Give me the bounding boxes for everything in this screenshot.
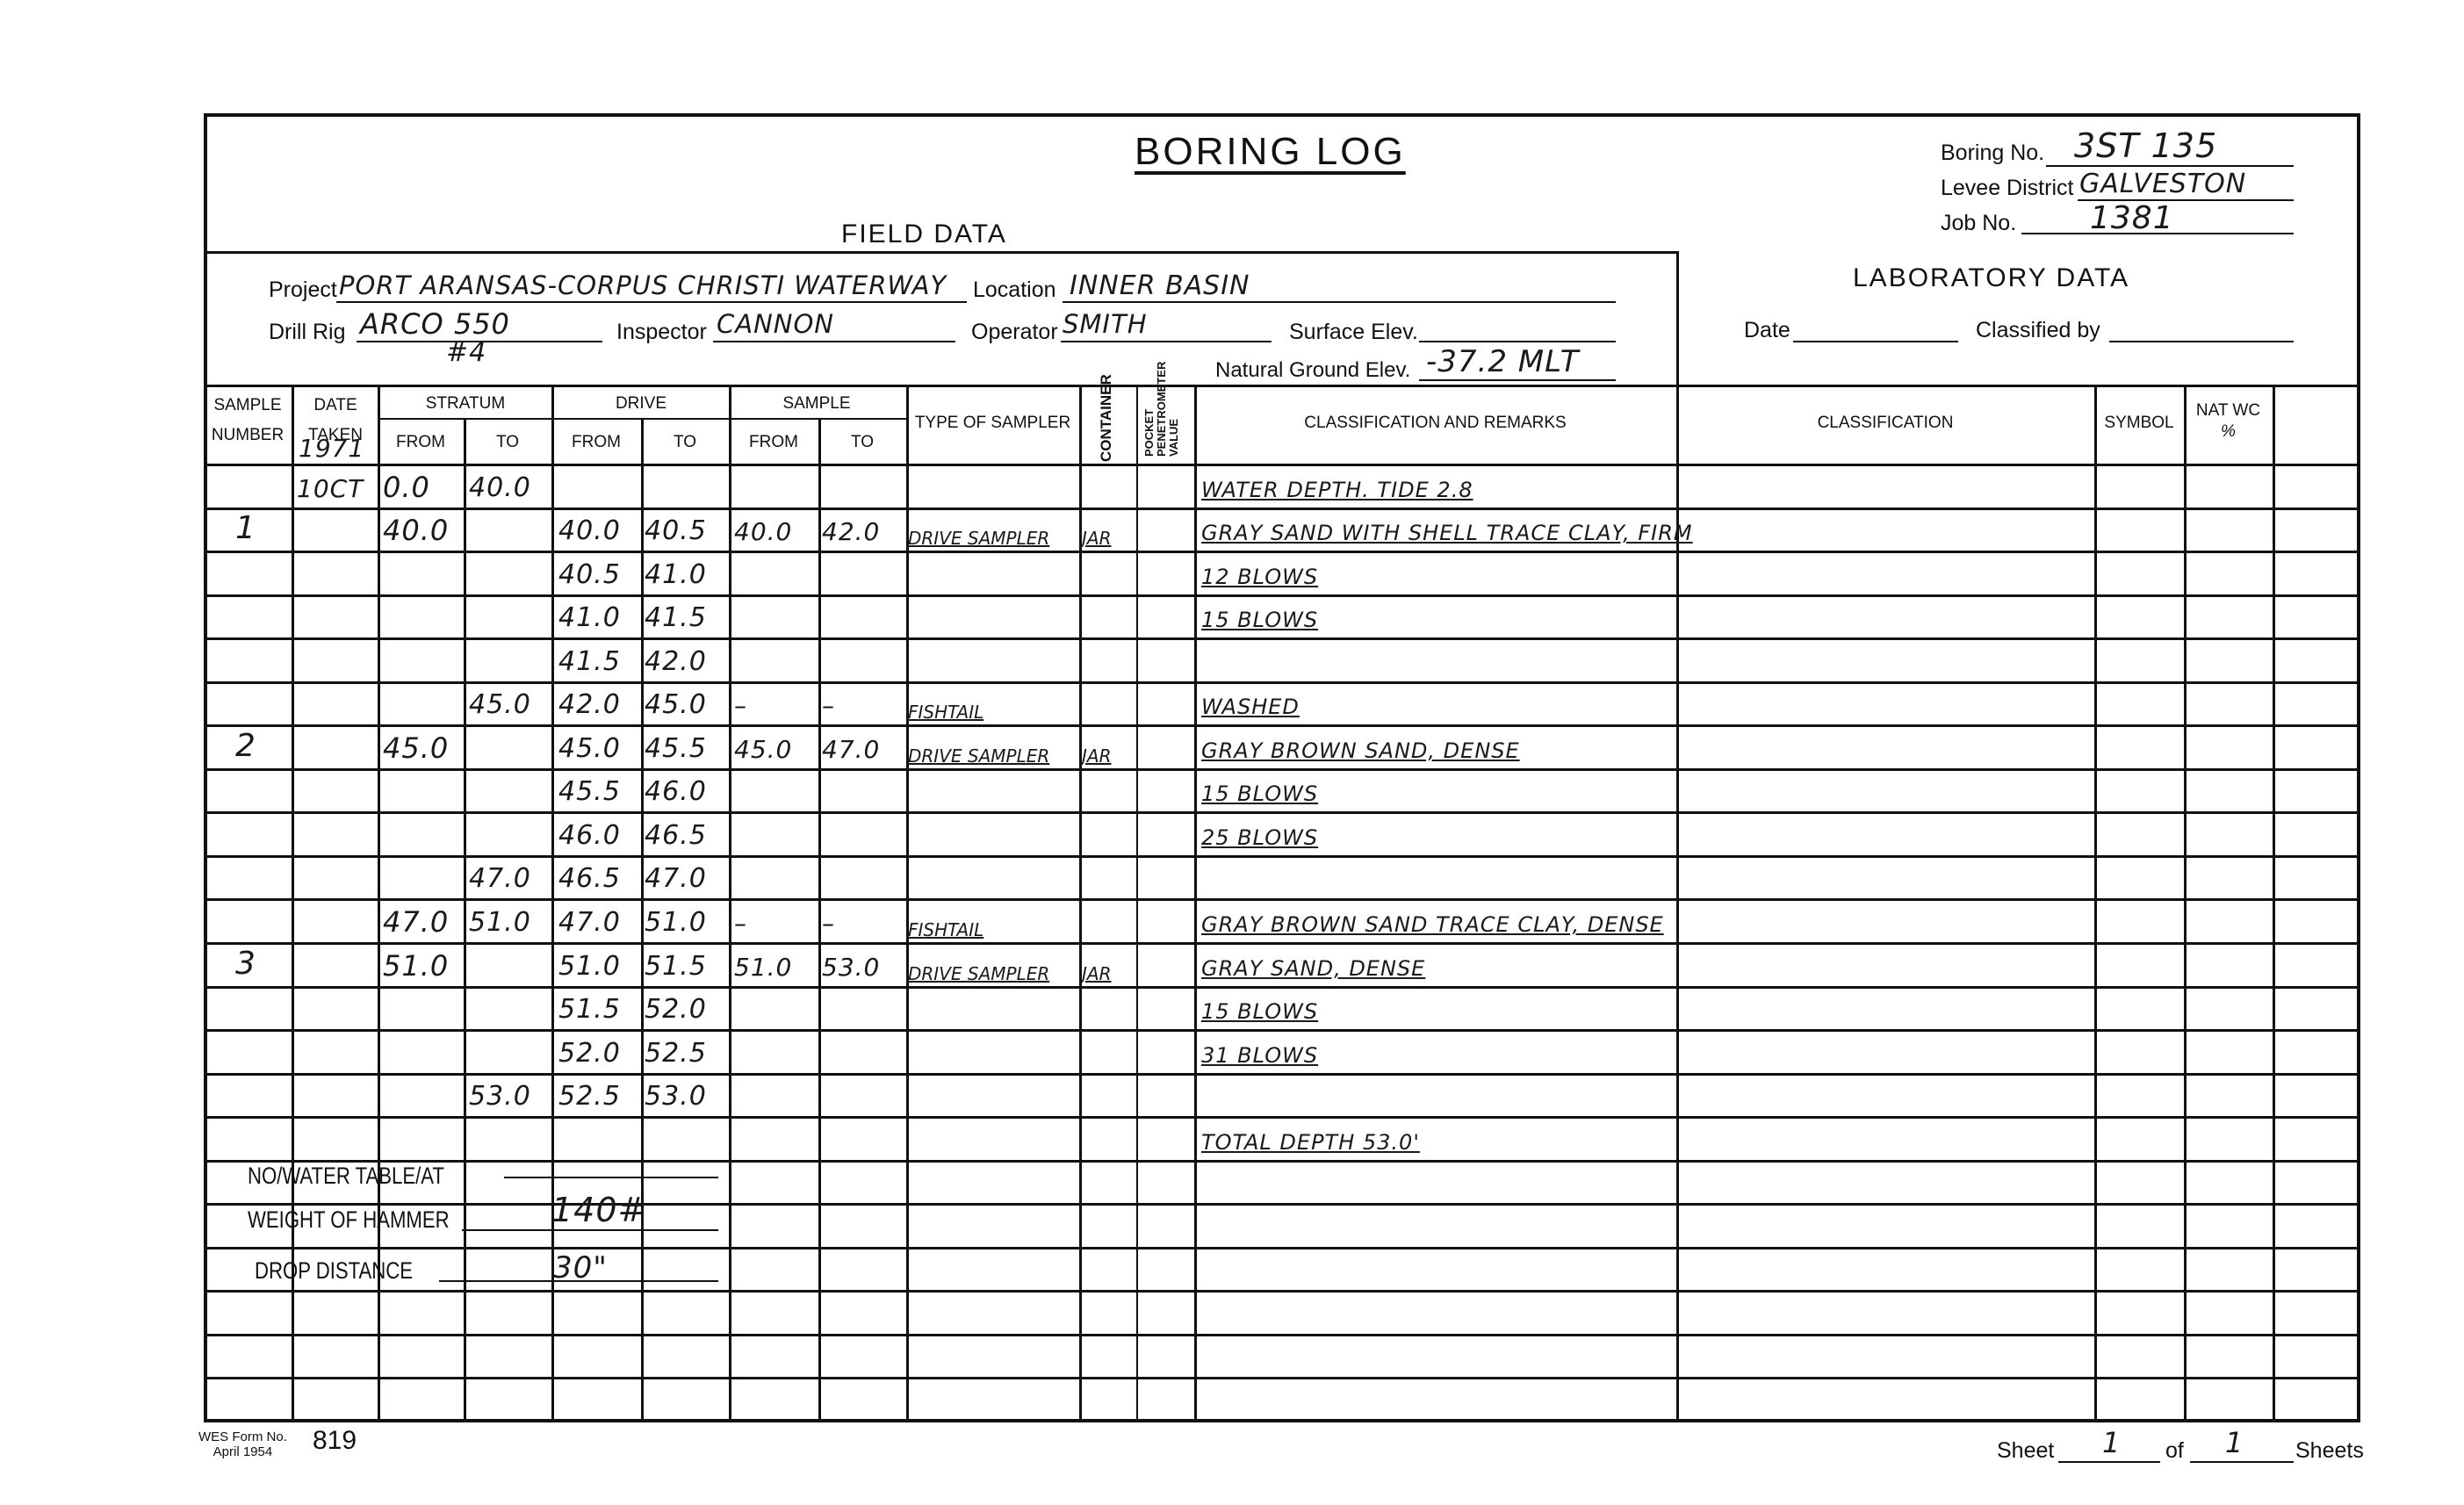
header-drive-from: FROM bbox=[551, 432, 641, 453]
sampler-type-cell[interactable]: FISHTAIL bbox=[908, 919, 983, 940]
drive-from-cell[interactable]: 46.0 bbox=[558, 820, 621, 851]
drive-to-cell[interactable]: 45.5 bbox=[645, 733, 707, 764]
header-sample-from: FROM bbox=[729, 432, 818, 453]
row-line bbox=[204, 1160, 2360, 1163]
natural-ground-elev-value[interactable]: -37.2 MLT bbox=[1426, 344, 1580, 379]
inspector-value[interactable]: CANNON bbox=[717, 309, 834, 339]
drive-to-cell[interactable]: 41.0 bbox=[645, 559, 707, 590]
remarks-cell[interactable]: 15 BLOWS bbox=[1201, 608, 1318, 632]
location-line bbox=[1063, 301, 1616, 303]
water-table-field[interactable] bbox=[504, 1177, 718, 1178]
sample-from-cell[interactable]: – bbox=[734, 691, 747, 720]
row-line bbox=[204, 855, 2360, 858]
stratum-to-cell[interactable]: 51.0 bbox=[469, 907, 531, 938]
total-sheets-line bbox=[2190, 1461, 2294, 1463]
header-drive: DRIVE bbox=[553, 393, 729, 414]
hammer-weight-value[interactable]: 140# bbox=[551, 1191, 646, 1229]
row-line bbox=[204, 1377, 2360, 1379]
remarks-cell[interactable]: TOTAL DEPTH 53.0' bbox=[1201, 1130, 1420, 1155]
classified-by-label: Classified by bbox=[1976, 318, 2100, 343]
sample-from-cell[interactable]: – bbox=[734, 909, 747, 938]
water-table-label: NO/WATER TABLE/AT bbox=[248, 1163, 444, 1190]
drive-from-cell[interactable]: 41.5 bbox=[558, 646, 621, 677]
remarks-cell[interactable]: GRAY BROWN SAND, DENSE bbox=[1201, 738, 1520, 763]
header-nat-wc-line2: % bbox=[2184, 421, 2273, 443]
remarks-cell[interactable]: WASHED bbox=[1201, 695, 1300, 719]
row-line bbox=[204, 1334, 2360, 1336]
project-label: Project bbox=[269, 277, 337, 303]
column-line bbox=[2273, 385, 2275, 1421]
column-line bbox=[1194, 385, 1197, 1421]
drive-to-cell[interactable]: 51.5 bbox=[645, 951, 707, 982]
row-line bbox=[204, 1073, 2360, 1076]
row-line bbox=[204, 898, 2360, 901]
sample-to-cell[interactable]: 42.0 bbox=[822, 517, 880, 546]
column-line bbox=[2094, 385, 2097, 1421]
remarks-cell[interactable]: GRAY SAND, DENSE bbox=[1201, 956, 1425, 981]
container-cell[interactable]: JAR bbox=[1082, 963, 1111, 984]
drive-from-cell[interactable]: 40.5 bbox=[558, 559, 621, 590]
drive-to-cell[interactable]: 52.0 bbox=[645, 994, 707, 1025]
form-number: 819 bbox=[313, 1426, 357, 1456]
drive-to-cell[interactable]: 46.5 bbox=[645, 820, 707, 851]
sheets-label: Sheets bbox=[2295, 1438, 2364, 1464]
form-title: BORING LOG bbox=[1135, 130, 1406, 174]
drive-to-cell[interactable]: 51.0 bbox=[645, 907, 707, 938]
header-drive-to: TO bbox=[641, 432, 729, 453]
header-lab-classification: CLASSIFICATION bbox=[1676, 413, 2094, 434]
stratum-to-cell[interactable]: 47.0 bbox=[469, 863, 531, 894]
form-date: April 1954 bbox=[198, 1444, 287, 1459]
header-nat-wc: NAT WC % bbox=[2184, 400, 2273, 443]
inspector-label: Inspector bbox=[616, 320, 707, 345]
location-value[interactable]: INNER BASIN bbox=[1070, 270, 1250, 301]
header-sample: SAMPLE bbox=[729, 393, 904, 414]
drop-distance-label: DROP DISTANCE bbox=[255, 1257, 413, 1285]
date-label: Date bbox=[1744, 318, 1790, 343]
sample-number-cell[interactable]: 1 bbox=[235, 510, 256, 546]
form-no-label: WES Form No. bbox=[198, 1429, 287, 1444]
drive-from-cell[interactable]: 45.0 bbox=[558, 733, 621, 764]
header-divider bbox=[1676, 251, 1679, 385]
drive-to-cell[interactable]: 47.0 bbox=[645, 863, 707, 894]
sample-to-cell[interactable]: 47.0 bbox=[822, 735, 880, 764]
operator-line bbox=[1061, 341, 1272, 342]
column-line bbox=[464, 418, 466, 1421]
column-line bbox=[641, 418, 644, 1421]
row-line bbox=[204, 1203, 2360, 1206]
sample-to-cell[interactable]: 53.0 bbox=[822, 953, 880, 982]
header-classification-remarks: CLASSIFICATION AND REMARKS bbox=[1194, 413, 1676, 434]
form-number-label: WES Form No. April 1954 bbox=[198, 1429, 287, 1459]
header-sample-to: TO bbox=[818, 432, 906, 453]
column-line bbox=[818, 418, 821, 1421]
job-no-label: Job No. bbox=[1941, 211, 2016, 236]
drive-to-cell[interactable]: 40.5 bbox=[645, 515, 707, 546]
field-data-heading: FIELD DATA bbox=[841, 220, 1007, 249]
boring-no-label: Boring No. bbox=[1941, 140, 2044, 166]
row-line bbox=[204, 594, 2360, 597]
header-sample-number: SAMPLE NUMBER bbox=[204, 395, 292, 446]
container-cell[interactable]: JAR bbox=[1082, 745, 1111, 767]
sample-to-cell[interactable]: – bbox=[822, 909, 835, 938]
row-line bbox=[204, 768, 2360, 771]
row-line bbox=[204, 1116, 2360, 1119]
inspector-line bbox=[713, 341, 955, 342]
table-header-line bbox=[204, 464, 2360, 466]
row-line bbox=[204, 724, 2360, 727]
column-line bbox=[1136, 385, 1138, 1421]
hammer-weight-label: WEIGHT OF HAMMER bbox=[248, 1206, 450, 1234]
remarks-cell[interactable]: 12 BLOWS bbox=[1201, 565, 1318, 589]
sample-number-cell[interactable]: 3 bbox=[235, 946, 256, 982]
stratum-to-cell[interactable]: 53.0 bbox=[469, 1081, 531, 1112]
header-sample-number-line2: NUMBER bbox=[204, 425, 292, 446]
table-top-line bbox=[204, 385, 2360, 387]
row-line bbox=[204, 811, 2360, 814]
sample-from-cell[interactable]: 40.0 bbox=[734, 517, 792, 546]
location-label: Location bbox=[973, 277, 1056, 303]
column-line bbox=[729, 385, 731, 1421]
header-type-of-sampler: TYPE OF SAMPLER bbox=[906, 413, 1079, 434]
drive-to-cell[interactable]: 53.0 bbox=[645, 1081, 707, 1112]
natural-ground-elev-label: Natural Ground Elev. bbox=[1215, 358, 1410, 383]
header-symbol: SYMBOL bbox=[2094, 413, 2184, 434]
drive-to-cell[interactable]: 45.0 bbox=[645, 689, 707, 720]
drive-from-cell[interactable]: 52.5 bbox=[558, 1081, 621, 1112]
drill-rig-label: Drill Rig bbox=[269, 320, 346, 345]
drive-from-cell[interactable]: 47.0 bbox=[558, 907, 621, 938]
header-nat-wc-line1: NAT WC bbox=[2184, 400, 2273, 421]
drive-from-cell[interactable]: 46.5 bbox=[558, 863, 621, 894]
header-pocket-line3: VALUE bbox=[1168, 362, 1180, 457]
stratum-from-cell[interactable]: 45.0 bbox=[383, 731, 449, 765]
date-cell[interactable]: 10CT bbox=[297, 474, 364, 503]
stratum-from-cell[interactable]: 51.0 bbox=[383, 949, 449, 983]
remarks-cell[interactable]: 31 BLOWS bbox=[1201, 1043, 1318, 1068]
sampler-type-cell[interactable]: DRIVE SAMPLER bbox=[908, 745, 1049, 767]
header-stratum-from: FROM bbox=[378, 432, 464, 453]
row-line bbox=[204, 681, 2360, 684]
container-cell[interactable]: JAR bbox=[1082, 528, 1111, 549]
field-data-divider bbox=[204, 251, 1679, 254]
stratum-to-cell[interactable]: 40.0 bbox=[469, 472, 531, 503]
sampler-type-cell[interactable]: DRIVE SAMPLER bbox=[908, 528, 1049, 549]
stratum-from-cell[interactable]: 0.0 bbox=[383, 471, 430, 504]
row-line bbox=[204, 637, 2360, 640]
row-line bbox=[204, 551, 2360, 553]
classified-by-field[interactable] bbox=[2109, 341, 2294, 342]
sample-to-cell[interactable]: – bbox=[822, 691, 835, 720]
remarks-cell[interactable]: 15 BLOWS bbox=[1201, 781, 1318, 806]
lab-data-heading: LABORATORY DATA bbox=[1853, 263, 2129, 293]
drill-rig-number[interactable]: #4 bbox=[446, 337, 486, 368]
row-line bbox=[204, 1290, 2360, 1293]
surface-elev-label: Surface Elev. bbox=[1289, 320, 1418, 345]
sheet-label: Sheet bbox=[1997, 1438, 2054, 1464]
sample-number-cell[interactable]: 2 bbox=[235, 728, 256, 764]
drive-from-cell[interactable]: 42.0 bbox=[558, 689, 621, 720]
remarks-cell[interactable]: 15 BLOWS bbox=[1201, 999, 1318, 1024]
operator-value[interactable]: SMITH bbox=[1063, 309, 1148, 339]
drill-rig-value[interactable]: ARCO 550 bbox=[360, 307, 510, 341]
boring-no-value[interactable]: 3ST 135 bbox=[2074, 126, 2217, 165]
drive-from-cell[interactable]: 40.0 bbox=[558, 515, 621, 546]
header-stratum: STRATUM bbox=[378, 393, 553, 414]
remarks-cell[interactable]: WATER DEPTH. TIDE 2.8 bbox=[1201, 478, 1473, 502]
header-sample-number-line1: SAMPLE bbox=[204, 395, 292, 416]
drive-from-cell[interactable]: 52.0 bbox=[558, 1038, 621, 1069]
drive-from-cell[interactable]: 51.0 bbox=[558, 951, 621, 982]
levee-district-label: Levee District bbox=[1941, 176, 2073, 201]
drive-to-cell[interactable]: 41.5 bbox=[645, 602, 707, 633]
drive-from-cell[interactable]: 41.0 bbox=[558, 602, 621, 633]
sheet-line bbox=[2058, 1461, 2160, 1463]
natural-ground-elev-line bbox=[1419, 379, 1616, 381]
header-pocket-penetrometer: POCKET PENETROMETER VALUE bbox=[1143, 362, 1180, 457]
remarks-cell[interactable]: 25 BLOWS bbox=[1201, 825, 1318, 850]
drive-from-cell[interactable]: 51.5 bbox=[558, 994, 621, 1025]
row-line bbox=[204, 942, 2360, 945]
row-line bbox=[204, 1029, 2360, 1032]
header-container: CONTAINER bbox=[1098, 374, 1115, 462]
row-line bbox=[204, 986, 2360, 989]
hammer-weight-line bbox=[462, 1229, 718, 1231]
of-label: of bbox=[2165, 1438, 2184, 1464]
remarks-cell[interactable]: GRAY SAND WITH SHELL TRACE CLAY, FIRM bbox=[1201, 521, 1693, 545]
drive-to-cell[interactable]: 46.0 bbox=[645, 776, 707, 807]
drive-from-cell[interactable]: 45.5 bbox=[558, 776, 621, 807]
stratum-to-cell[interactable]: 45.0 bbox=[469, 689, 531, 720]
boring-no-line bbox=[2046, 165, 2294, 167]
total-sheets[interactable]: 1 bbox=[2225, 1426, 2244, 1459]
sampler-type-cell[interactable]: DRIVE SAMPLER bbox=[908, 963, 1049, 984]
stratum-from-cell[interactable]: 47.0 bbox=[383, 905, 449, 939]
sample-from-cell[interactable]: 45.0 bbox=[734, 735, 792, 764]
sheet-number[interactable]: 1 bbox=[2102, 1426, 2121, 1459]
column-line bbox=[2184, 385, 2187, 1421]
drive-to-cell[interactable]: 42.0 bbox=[645, 646, 707, 677]
drive-to-cell[interactable]: 52.5 bbox=[645, 1038, 707, 1069]
levee-district-value[interactable]: GALVESTON bbox=[2079, 169, 2246, 199]
sampler-type-cell[interactable]: FISHTAIL bbox=[908, 702, 983, 723]
project-line bbox=[336, 301, 967, 303]
row-line bbox=[204, 508, 2360, 510]
operator-label: Operator bbox=[971, 320, 1058, 345]
header-date-line1: DATE bbox=[292, 395, 379, 416]
row-line bbox=[204, 1247, 2360, 1249]
header-pocket-line2: PENETROMETER bbox=[1156, 362, 1168, 457]
project-value[interactable]: PORT ARANSAS-CORPUS CHRISTI WATERWAY bbox=[339, 270, 947, 300]
sample-from-cell[interactable]: 51.0 bbox=[734, 953, 792, 982]
stratum-from-cell[interactable]: 40.0 bbox=[383, 514, 449, 547]
job-no-value[interactable]: 1381 bbox=[2090, 200, 2174, 236]
header-pocket-line1: POCKET bbox=[1143, 362, 1156, 457]
surface-elev-field[interactable] bbox=[1419, 341, 1616, 342]
header-date-year: 1971 bbox=[299, 434, 364, 463]
remarks-cell[interactable]: GRAY BROWN SAND TRACE CLAY, DENSE bbox=[1201, 912, 1664, 937]
header-stratum-to: TO bbox=[464, 432, 551, 453]
drop-distance-value[interactable]: 30" bbox=[553, 1250, 608, 1285]
date-field[interactable] bbox=[1793, 341, 1958, 342]
